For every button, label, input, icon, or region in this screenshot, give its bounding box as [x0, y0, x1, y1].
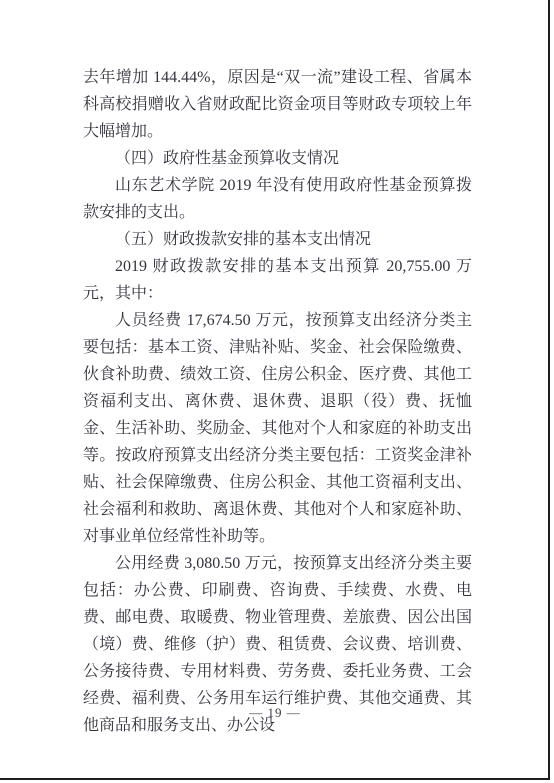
- paragraph-continuation: 去年增加 144.44%，原因是“双一流”建设工程、省属本科高校捐赠收入省财政配…: [83, 64, 472, 145]
- page-number: — 19 —: [0, 704, 550, 722]
- paragraph-government-fund: 山东艺术学院 2019 年没有使用政府性基金预算拨款安排的支出。: [83, 172, 472, 226]
- document-page: 去年增加 144.44%，原因是“双一流”建设工程、省属本科高校捐赠收入省财政配…: [0, 0, 554, 783]
- page-body: 去年增加 144.44%，原因是“双一流”建设工程、省属本科高校捐赠收入省财政配…: [83, 64, 472, 739]
- section-heading-5: （五）财政拨款安排的基本支出情况: [83, 226, 472, 253]
- section-heading-4: （四）政府性基金预算收支情况: [83, 145, 472, 172]
- paragraph-personnel-expenses: 人员经费 17,674.50 万元，按预算支出经济分类主要包括：基本工资、津贴补…: [83, 307, 472, 550]
- paragraph-basic-expenditure-total: 2019 财政拨款安排的基本支出预算 20,755.00 万元，其中：: [83, 253, 472, 307]
- scan-border-bottom: [0, 778, 550, 780]
- scan-border-right: [548, 0, 550, 780]
